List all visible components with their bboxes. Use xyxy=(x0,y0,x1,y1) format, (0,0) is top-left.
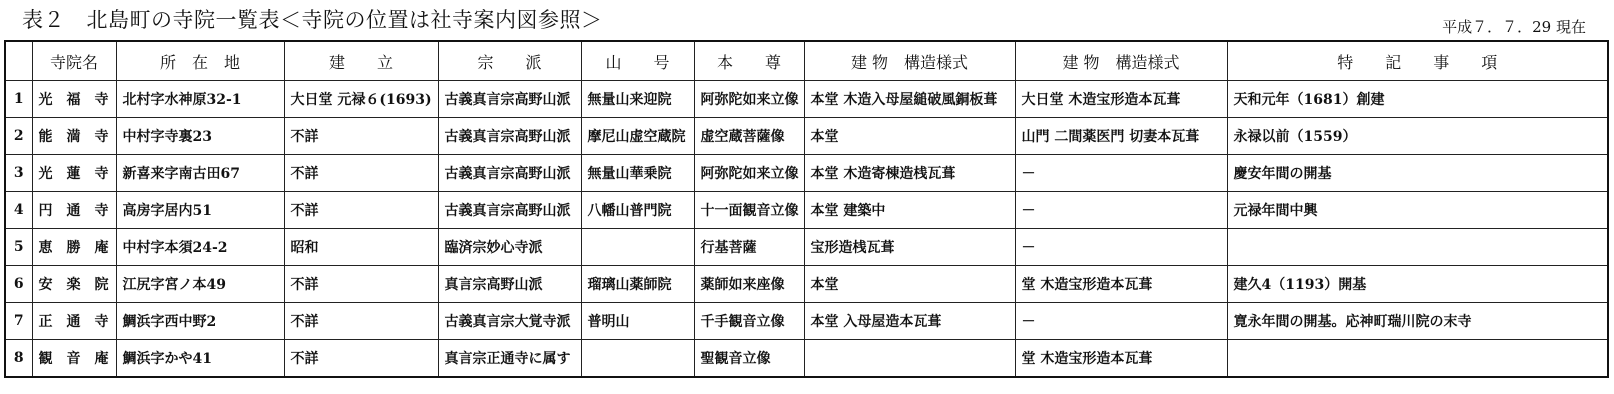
building-structure-2-cell: 堂 木造宝形造本瓦葺 xyxy=(1015,340,1227,378)
honzon-cell: 虚空蔵菩薩像 xyxy=(694,118,804,155)
sect-cell: 真言宗高野山派 xyxy=(438,266,581,303)
sango-cell xyxy=(581,340,694,378)
temple-name-cell: 正通寺 xyxy=(32,303,116,340)
building-structure-2-cell: 大日堂 木造宝形造本瓦葺 xyxy=(1015,81,1227,118)
location-cell: 鯛浜字かや41 xyxy=(116,340,284,378)
building-structure-2-cell: － xyxy=(1015,303,1227,340)
honzon-cell: 十一面観音立像 xyxy=(694,192,804,229)
sango-cell: 無量山華乗院 xyxy=(581,155,694,192)
header-row: 寺院名 所 在 地 建 立 宗 派 山 号 本 尊 建 物 構造様式 建 物 構… xyxy=(5,41,1608,81)
table-row: 2能満寺中村字寺裏23不詳古義真言宗高野山派摩尼山虚空蔵院虚空蔵菩薩像本堂山門 … xyxy=(5,118,1608,155)
founded-cell: 大日堂 元禄６(1693) xyxy=(284,81,438,118)
building-structure-1-cell: 本堂 xyxy=(804,118,1015,155)
honzon-cell: 行基菩薩 xyxy=(694,229,804,266)
header-building2: 建 物 構造様式 xyxy=(1015,41,1227,81)
row-number-cell: 6 xyxy=(5,266,32,303)
table-row: 6安楽院江尻字宮ノ本49不詳真言宗高野山派瑠璃山薬師院薬師如来座像本堂堂 木造宝… xyxy=(5,266,1608,303)
header-founded: 建 立 xyxy=(284,41,438,81)
header-notes: 特 記 事 項 xyxy=(1227,41,1608,81)
temple-name-cell: 円通寺 xyxy=(32,192,116,229)
honzon-cell: 阿弥陀如来立像 xyxy=(694,81,804,118)
sango-cell: 八幡山普門院 xyxy=(581,192,694,229)
building-structure-1-cell xyxy=(804,340,1015,378)
notes-cell: 元禄年間中興 xyxy=(1227,192,1608,229)
notes-cell: 寛永年間の開基。応神町瑞川院の末寺 xyxy=(1227,303,1608,340)
founded-cell: 不詳 xyxy=(284,340,438,378)
building-structure-1-cell: 本堂 木造寄棟造桟瓦葺 xyxy=(804,155,1015,192)
notes-cell: 天和元年（1681）創建 xyxy=(1227,81,1608,118)
notes-cell: 永禄以前（1559） xyxy=(1227,118,1608,155)
table-row: 5恵勝庵中村字本須24-2昭和臨済宗妙心寺派行基菩薩宝形造桟瓦葺－ xyxy=(5,229,1608,266)
building-structure-1-cell: 宝形造桟瓦葺 xyxy=(804,229,1015,266)
sect-cell: 真言宗正通寺に属す xyxy=(438,340,581,378)
row-number-cell: 7 xyxy=(5,303,32,340)
sect-cell: 古義真言宗高野山派 xyxy=(438,155,581,192)
sect-cell: 古義真言宗高野山派 xyxy=(438,118,581,155)
row-number-cell: 5 xyxy=(5,229,32,266)
document-title: 表２ 北島町の寺院一覧表＜寺院の位置は社寺案内図参照＞ xyxy=(22,4,603,34)
building-structure-1-cell: 本堂 xyxy=(804,266,1015,303)
sango-cell xyxy=(581,229,694,266)
notes-cell: 慶安年間の開基 xyxy=(1227,155,1608,192)
honzon-cell: 聖観音立像 xyxy=(694,340,804,378)
table-row: 7正通寺鯛浜字西中野2不詳古義真言宗大覚寺派普明山千手観音立像本堂 入母屋造本瓦… xyxy=(5,303,1608,340)
row-number-cell: 8 xyxy=(5,340,32,378)
honzon-cell: 阿弥陀如来立像 xyxy=(694,155,804,192)
building-structure-2-cell: － xyxy=(1015,155,1227,192)
temple-name-cell: 光蓮寺 xyxy=(32,155,116,192)
sect-cell: 古義真言宗高野山派 xyxy=(438,192,581,229)
sect-cell: 古義真言宗大覚寺派 xyxy=(438,303,581,340)
row-number-cell: 3 xyxy=(5,155,32,192)
header-name: 寺院名 xyxy=(32,41,116,81)
location-cell: 鯛浜字西中野2 xyxy=(116,303,284,340)
temple-name-cell: 恵勝庵 xyxy=(32,229,116,266)
founded-cell: 不詳 xyxy=(284,192,438,229)
header-sango: 山 号 xyxy=(581,41,694,81)
header-building1: 建 物 構造様式 xyxy=(804,41,1015,81)
sango-cell: 摩尼山虚空蔵院 xyxy=(581,118,694,155)
temple-name-cell: 光福寺 xyxy=(32,81,116,118)
building-structure-1-cell: 本堂 建築中 xyxy=(804,192,1015,229)
temple-name-cell: 安楽院 xyxy=(32,266,116,303)
sect-cell: 古義真言宗高野山派 xyxy=(438,81,581,118)
notes-cell xyxy=(1227,229,1608,266)
honzon-cell: 薬師如来座像 xyxy=(694,266,804,303)
header-no xyxy=(5,41,32,81)
header-honzon: 本 尊 xyxy=(694,41,804,81)
table-row: 1光福寺北村字水神原32-1大日堂 元禄６(1693)古義真言宗高野山派無量山来… xyxy=(5,81,1608,118)
founded-cell: 不詳 xyxy=(284,155,438,192)
location-cell: 北村字水神原32-1 xyxy=(116,81,284,118)
table-row: 3光蓮寺新喜来字南古田67不詳古義真言宗高野山派無量山華乗院阿弥陀如来立像本堂 … xyxy=(5,155,1608,192)
sango-cell: 無量山来迎院 xyxy=(581,81,694,118)
temple-list-table: 寺院名 所 在 地 建 立 宗 派 山 号 本 尊 建 物 構造様式 建 物 構… xyxy=(4,40,1609,378)
row-number-cell: 2 xyxy=(5,118,32,155)
row-number-cell: 1 xyxy=(5,81,32,118)
building-structure-2-cell: 堂 木造宝形造本瓦葺 xyxy=(1015,266,1227,303)
table-row: 4円通寺高房字居内51不詳古義真言宗高野山派八幡山普門院十一面観音立像本堂 建築… xyxy=(5,192,1608,229)
location-cell: 江尻字宮ノ本49 xyxy=(116,266,284,303)
header-location: 所 在 地 xyxy=(116,41,284,81)
founded-cell: 不詳 xyxy=(284,118,438,155)
building-structure-1-cell: 本堂 入母屋造本瓦葺 xyxy=(804,303,1015,340)
founded-cell: 不詳 xyxy=(284,266,438,303)
header-sect: 宗 派 xyxy=(438,41,581,81)
location-cell: 新喜来字南古田67 xyxy=(116,155,284,192)
building-structure-2-cell: － xyxy=(1015,192,1227,229)
notes-cell: 建久4（1193）開基 xyxy=(1227,266,1608,303)
location-cell: 中村字寺裏23 xyxy=(116,118,284,155)
temple-name-cell: 能満寺 xyxy=(32,118,116,155)
building-structure-2-cell: 山門 二間薬医門 切妻本瓦葺 xyxy=(1015,118,1227,155)
as-of-date: 平成７．７．29 現在 xyxy=(1442,16,1586,37)
notes-cell xyxy=(1227,340,1608,378)
sect-cell: 臨済宗妙心寺派 xyxy=(438,229,581,266)
building-structure-1-cell: 本堂 木造入母屋縋破風銅板葺 xyxy=(804,81,1015,118)
founded-cell: 不詳 xyxy=(284,303,438,340)
founded-cell: 昭和 xyxy=(284,229,438,266)
row-number-cell: 4 xyxy=(5,192,32,229)
temple-name-cell: 観音庵 xyxy=(32,340,116,378)
sango-cell: 瑠璃山薬師院 xyxy=(581,266,694,303)
table-row: 8観音庵鯛浜字かや41不詳真言宗正通寺に属す聖観音立像堂 木造宝形造本瓦葺 xyxy=(5,340,1608,378)
honzon-cell: 千手観音立像 xyxy=(694,303,804,340)
location-cell: 中村字本須24-2 xyxy=(116,229,284,266)
sango-cell: 普明山 xyxy=(581,303,694,340)
location-cell: 高房字居内51 xyxy=(116,192,284,229)
building-structure-2-cell: － xyxy=(1015,229,1227,266)
